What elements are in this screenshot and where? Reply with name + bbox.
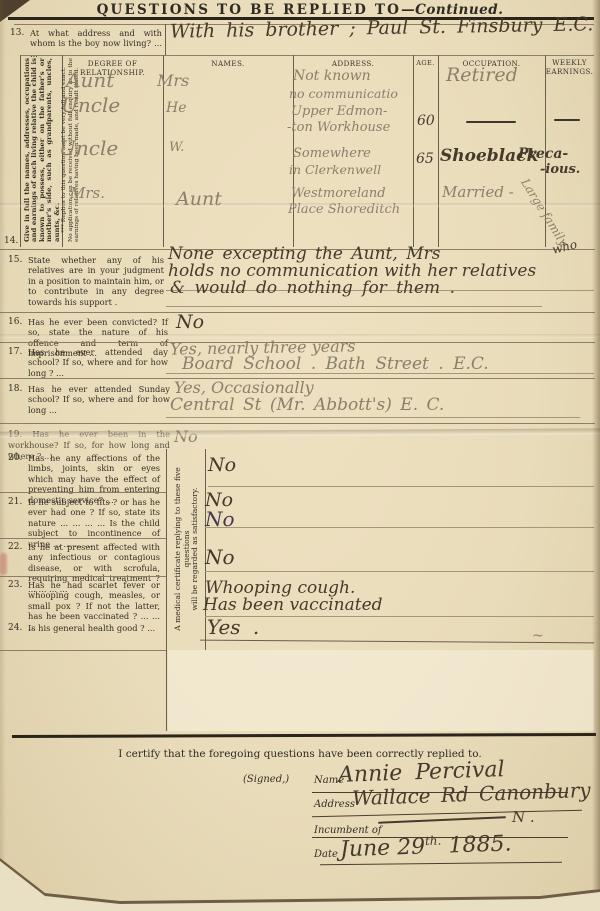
row3-degree: Uncle <box>59 136 118 160</box>
q13-divider <box>165 24 166 55</box>
q22-answer-rule <box>205 571 594 572</box>
row1-names: Mrs <box>157 71 189 90</box>
q17-number: 17. <box>8 347 22 357</box>
q19-answer: No <box>174 427 198 446</box>
table-top-rule <box>20 55 594 56</box>
row1-address-2: no communicatio <box>289 86 398 101</box>
q18-answer-line2: Central St (Mr. Abbott's) E. C. <box>170 395 444 415</box>
row3-weekly-2: -ious. <box>540 162 580 177</box>
medical-note-line1: A medical certificate replying to these … <box>174 450 191 648</box>
q18-question: Has he ever attended Sunday school? If s… <box>28 384 170 415</box>
q15-number: 15. <box>8 255 22 265</box>
form-page: QUESTIONS TO BE REPLIED TO—Continued. 13… <box>0 0 600 911</box>
q15-bottom-rule <box>0 312 595 313</box>
row4-address-1: Westmoreland <box>291 186 386 201</box>
medical-certificate-note: A medical certificate replying to these … <box>174 450 200 648</box>
incumbent-label: Incumbent of <box>314 825 382 836</box>
row3-age: 65 <box>416 151 434 167</box>
row3-address-2: in Clerkenwell <box>289 162 381 177</box>
q22-bottom-rule <box>0 576 166 577</box>
table-vline-age <box>438 55 439 247</box>
empty-certificate-box <box>168 650 594 731</box>
date-value-main: June 29 <box>340 834 426 862</box>
page-title-main: QUESTIONS TO BE REPLIED TO <box>97 2 402 18</box>
col-header-weekly-2: EARNINGS. <box>545 67 594 76</box>
incumbent-dash-stroke <box>378 816 506 824</box>
medical-note-line2: will be regarded as satisfactory. <box>191 450 200 648</box>
row3-names: W. <box>169 140 184 155</box>
q24-number: 24. <box>8 623 22 633</box>
q13-number: 13. <box>10 28 24 38</box>
q15-answer-rule2 <box>166 306 542 307</box>
row4-names: Aunt <box>176 188 222 210</box>
question-column-bottom-rule <box>0 650 166 651</box>
row2-address-1: Upper Edmon- <box>291 104 387 119</box>
date-value-superscript: th. <box>425 833 442 848</box>
row3-address-1: Somewhere <box>293 146 371 161</box>
row2-weekly-dash <box>554 119 580 121</box>
q16-number: 16. <box>8 317 22 327</box>
section-bottom-thick-rule <box>12 733 596 738</box>
table-vline-left <box>20 55 21 247</box>
q18-bottom-rule <box>0 423 595 424</box>
q17-question: Has he ever attended day school? If so, … <box>28 347 168 378</box>
q20-number: 20. <box>8 453 22 463</box>
q21-bottom-rule <box>0 538 166 539</box>
row1-occupation: Retired <box>446 64 518 86</box>
row1-degree: Aunt <box>66 68 114 92</box>
q24-question: Is his general health good ? ... <box>28 623 170 633</box>
q17-answer-rule <box>166 373 594 374</box>
q23-number: 23. <box>8 580 22 590</box>
col-header-weekly-1: WEEKLY <box>545 58 594 67</box>
row1-address-1: Not known <box>293 68 371 84</box>
date-value-year: 1885. <box>448 831 512 858</box>
right-edge-shadow <box>592 0 600 889</box>
row2-address-2: -ton Workhouse <box>287 120 390 135</box>
q14-sidenote-text: Give in full the names, addresses, occup… <box>24 58 61 242</box>
address-rule <box>312 810 582 818</box>
q14-number: 14. <box>4 236 18 246</box>
date-rule <box>320 862 562 866</box>
row2-degree: Uncle <box>61 93 120 117</box>
q20-answer: No <box>208 454 236 476</box>
q18-number: 18. <box>8 384 22 394</box>
col-header-age: AGE. <box>412 59 439 67</box>
row2-age: 60 <box>417 113 435 129</box>
q15-answer-line3: & would do nothing for them . <box>170 278 455 298</box>
q22-number: 22. <box>8 542 22 552</box>
left-edge-shadow <box>0 0 6 860</box>
q19-number: 19. <box>8 430 22 440</box>
row4-address-2: Place Shoreditch <box>288 202 400 217</box>
col-header-address: ADDRESS. <box>293 59 413 68</box>
q16-answer: No <box>176 311 204 333</box>
row3-weekly-1: Preca- <box>518 146 568 162</box>
q21-number: 21. <box>8 497 22 507</box>
q22-answer: No <box>205 545 235 569</box>
q17-answer-line2: Board School . Bath Street . E.C. <box>182 354 489 374</box>
q18-answer-rule <box>166 417 580 418</box>
signed-label: (Signed,) <box>243 774 289 785</box>
red-smudge <box>0 553 7 575</box>
q23-answer-rule <box>205 616 594 617</box>
row4-occupation: Married - <box>442 183 514 201</box>
row4-degree: Mrs. <box>70 184 105 202</box>
col-header-names: NAMES. <box>163 59 293 68</box>
q23-answer-2: Has been vaccinated <box>203 595 383 615</box>
medical-vline-left <box>166 449 167 731</box>
q20-bottom-rule <box>0 492 166 493</box>
date-value: June 29th. 1885. <box>340 831 512 862</box>
row2-names: He <box>166 100 187 116</box>
q24-answer: Yes . <box>207 615 259 639</box>
date-label: Date <box>314 849 338 860</box>
q15-question: State whether any of his relatives are i… <box>28 255 164 307</box>
row2-occupation-dash <box>466 121 516 123</box>
address-label: Address <box>314 799 355 810</box>
q21-answer-rule <box>205 527 594 528</box>
q20-answer-rule <box>208 486 594 487</box>
table-vline-address <box>413 55 414 247</box>
